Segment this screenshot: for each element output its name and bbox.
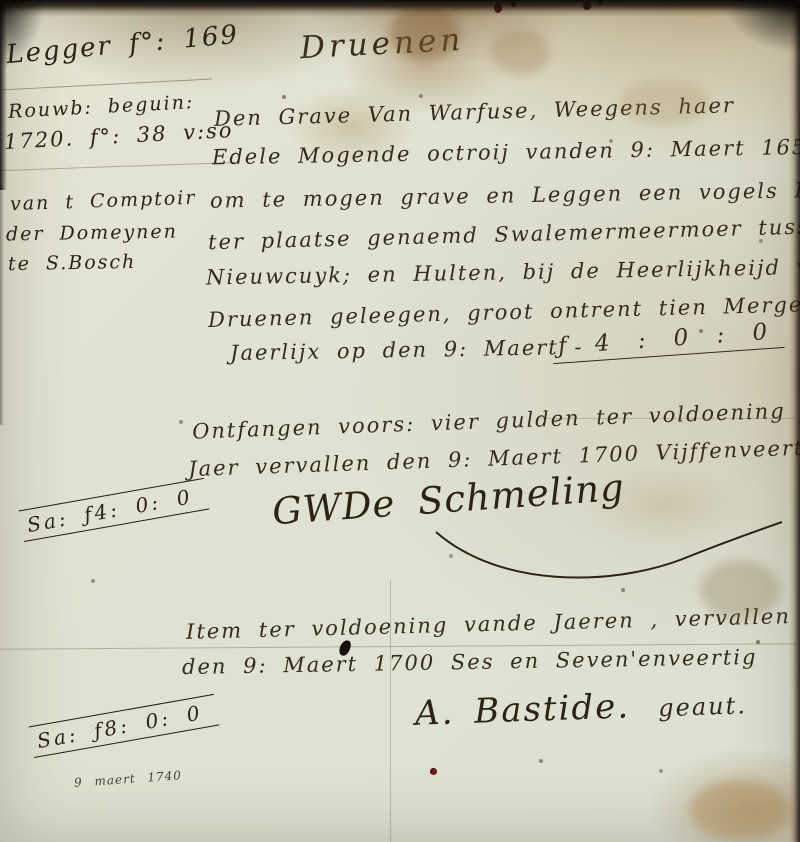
margin-sum-1: Sa: ƒ4: 0: 0 (19, 478, 209, 542)
photo-edge-left-lower (0, 185, 4, 425)
body-line-2: Edele Mogende octroij vanden 9: Maert 16… (212, 135, 800, 170)
wax-spot-5 (430, 768, 437, 775)
signature-bastide-suffix: geaut. (658, 691, 748, 722)
margin-rule-2 (0, 162, 238, 171)
margin-sum-2: Sa: ƒ8: 0: 0 (29, 694, 219, 758)
photo-edge-right (789, 0, 800, 842)
item-line-2: den 9: Maert 1700 Ses en Seven'enveertig (182, 645, 758, 679)
margin-office-line1: van t Comptoir (10, 187, 197, 215)
margin-rouwb-line2: 1720. f°: 38 v:so (4, 118, 235, 154)
body-line-7: Jaerlijx op den 9: Maert - (230, 335, 584, 365)
photo-corner-top-left (0, 0, 45, 70)
receipt-line-1: Ontfangen voors: vier gulden ter voldoen… (192, 396, 800, 443)
stain-bottom-right (690, 780, 790, 840)
body-line-4: ter plaatse genaemd Swalemermeermoer tus… (208, 214, 800, 255)
body-line-5: Nieuwcuyk; en Hulten, bij de Heerlijkhei… (206, 254, 800, 289)
signature-bastide: A. Bastide. (414, 686, 630, 733)
margin-rouwb-line1: Rouwb: beguin: (8, 91, 195, 123)
item-line-1: Item ter voldoening vande Jaeren , verva… (186, 604, 791, 644)
margin-office-line2: der Domeynen (6, 221, 178, 246)
annual-rent-amount: ƒ 4 : 0 : 0 (551, 318, 785, 364)
paper: Legger f°: 169 Rouwb: beguin: 1720. f°: … (0, 0, 800, 842)
stain-top-center-2 (490, 30, 550, 75)
margin-date-note: 9 maert 1740 (74, 768, 183, 789)
document-photo: Legger f°: 169 Rouwb: beguin: 1720. f°: … (0, 0, 800, 842)
signature-bastide-group: A. Bastide. geaut. (414, 682, 747, 734)
margin-office-line3: te S.Bosch (8, 251, 137, 275)
photo-corner-top-right (720, 0, 800, 55)
margin-rule-1 (0, 78, 212, 90)
stain-top-right (620, 80, 710, 125)
photo-edge-top (0, 0, 800, 17)
stain-right-mid (700, 560, 780, 620)
body-line-3: om te mogen grave en Leggen een vogels K… (210, 177, 800, 212)
